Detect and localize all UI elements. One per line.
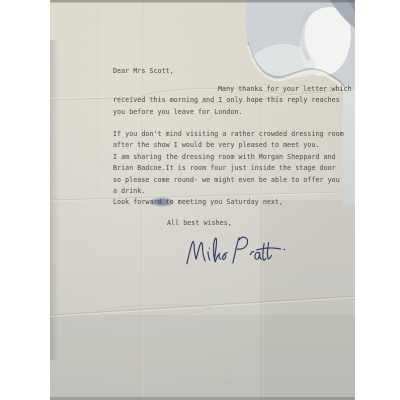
letter-photograph: Dear Mrs Scott, Many thanks for your let… [50,0,355,400]
signature-mike-pratt [50,0,355,400]
scan-canvas: { "letter": { "lines": [ "Dear Mrs Scott… [0,0,400,400]
